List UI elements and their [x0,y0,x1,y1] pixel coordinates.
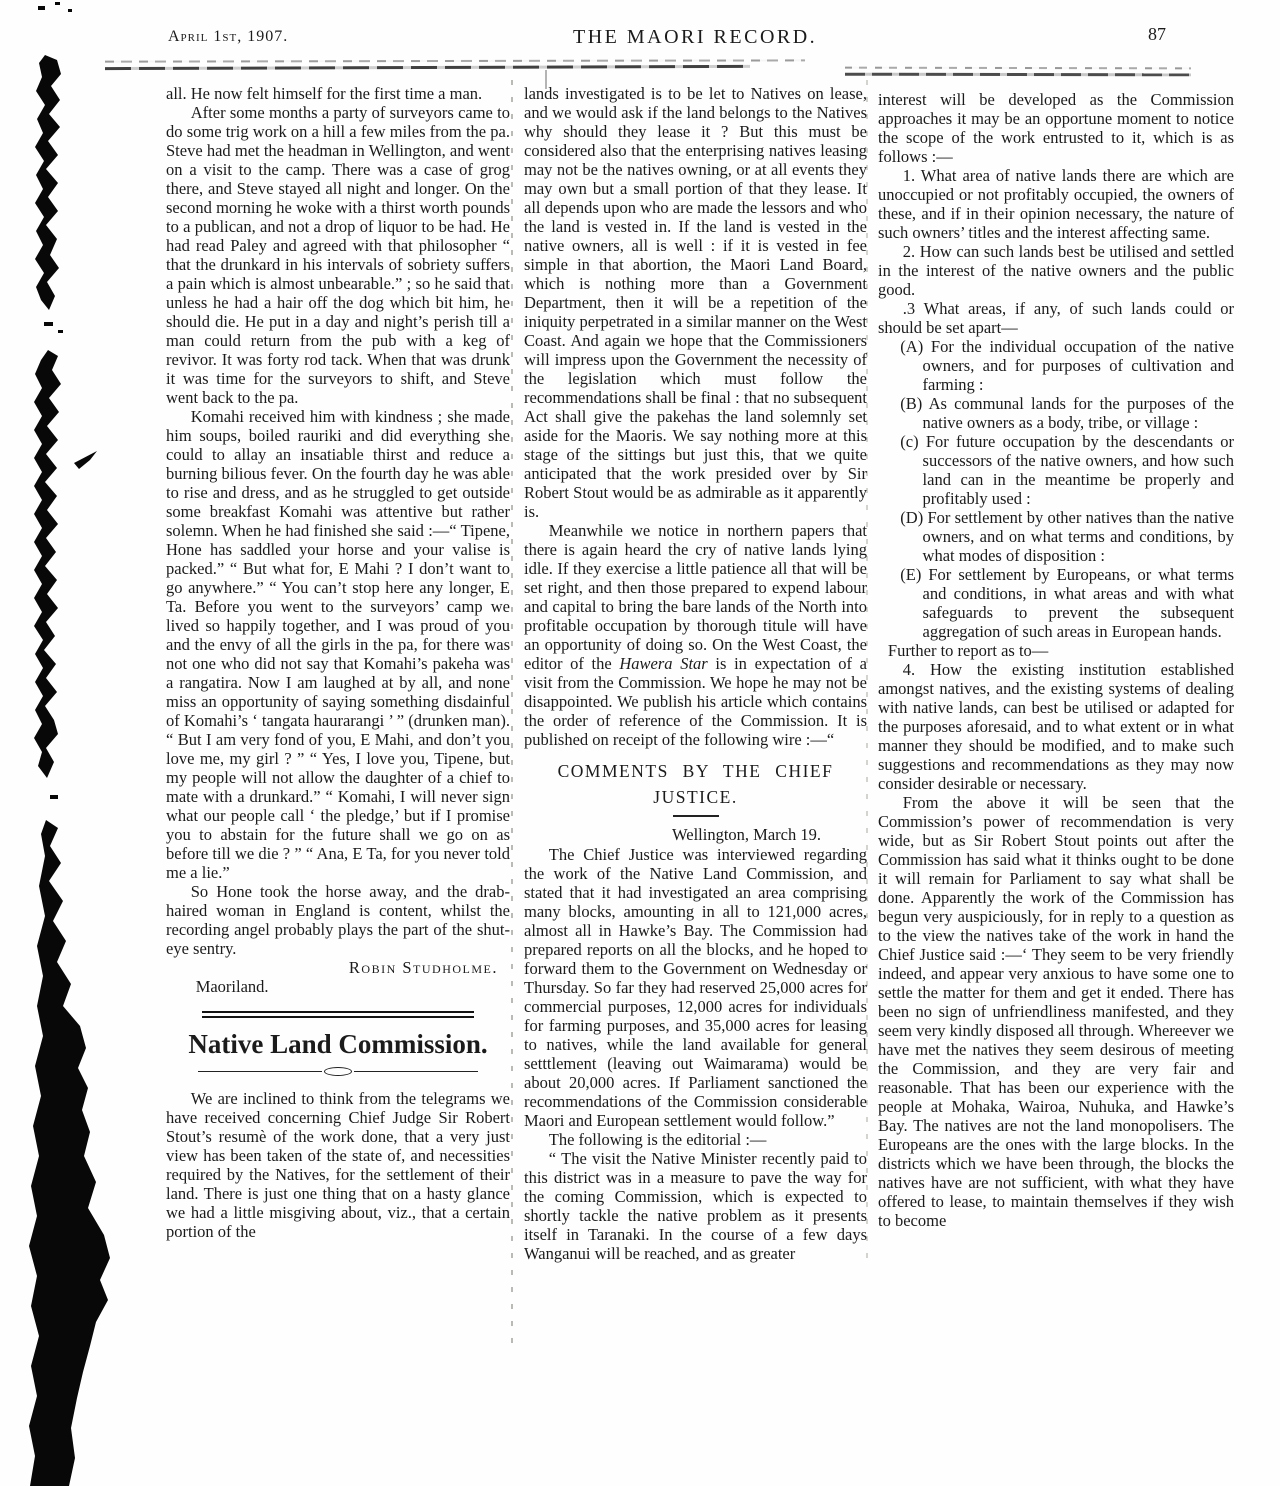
column-2: lands investigated is to be let to Nativ… [524,84,867,1263]
article-title: Native Land Commission. [166,1029,510,1060]
ornament-line [354,1071,478,1073]
paragraph: all. He now felt himself for the first t… [166,84,510,103]
paragraph: So Hone took the horse away, and the dra… [166,882,510,958]
ornament-line [198,1071,322,1073]
dateline: Wellington, March 19. [524,825,867,844]
paragraph: The following is the editorial :— [524,1130,867,1149]
list-item: (E) For settlement by Europeans, or what… [878,565,1234,641]
column-separator-1 [511,80,513,1350]
paragraph: lands investigated is to be let to Nativ… [524,84,867,521]
column-1: all. He now felt himself for the first t… [166,84,510,1241]
list-item: (D) For settlement by other natives than… [878,508,1234,565]
header-rule-left-top [105,59,805,62]
placeline: Maoriland. [166,977,510,996]
paragraph: “ The visit the Native Minister recently… [524,1149,867,1263]
page-number: 87 [1148,24,1166,45]
paragraph: 1. What area of native lands there are w… [878,166,1234,242]
double-rule [202,1011,474,1018]
paragraph: interest will be developed as the Commis… [878,90,1234,166]
ornament-knot [324,1067,352,1076]
issue-date: April 1st, 1907. [168,28,288,46]
paragraph: 2. How can such lands best be utilised a… [878,242,1234,299]
paragraph: We are inclined to think from the telegr… [166,1089,510,1241]
header-rule-right-top [845,67,1191,70]
header-rule-right-bottom [845,73,1191,76]
scan-ink-artifact [0,0,130,1486]
ornament-rule [198,1067,478,1076]
paragraph: From the above it will be seen that the … [878,793,1234,1230]
section-heading: COMMENTS BY THE CHIEF JUSTICE. [524,758,867,811]
masthead-title: THE MAORI RECORD. [573,26,817,49]
short-rule [673,815,719,817]
paragraph: .3 What areas, if any, of such lands cou… [878,299,1234,337]
list-item: (c) For future occupation by the descend… [878,432,1234,508]
column-3: interest will be developed as the Commis… [878,90,1234,1230]
list-item: (B) As communal lands for the purposes o… [878,394,1234,432]
paragraph: 4. How the existing institution establis… [878,660,1234,793]
list-item: (A) For the individual occupation of the… [878,337,1234,394]
paragraph: After some months a party of surveyors c… [166,103,510,407]
signature: Robin Studholme. [166,958,510,977]
paragraph: Further to report as to— [878,641,1234,660]
paragraph: The Chief Justice was interviewed regard… [524,845,867,1130]
header-rule-left-bottom [105,65,750,70]
paragraph: Meanwhile we notice in northern papers t… [524,521,867,749]
paragraph: Komahi received him with kindness ; she … [166,407,510,882]
